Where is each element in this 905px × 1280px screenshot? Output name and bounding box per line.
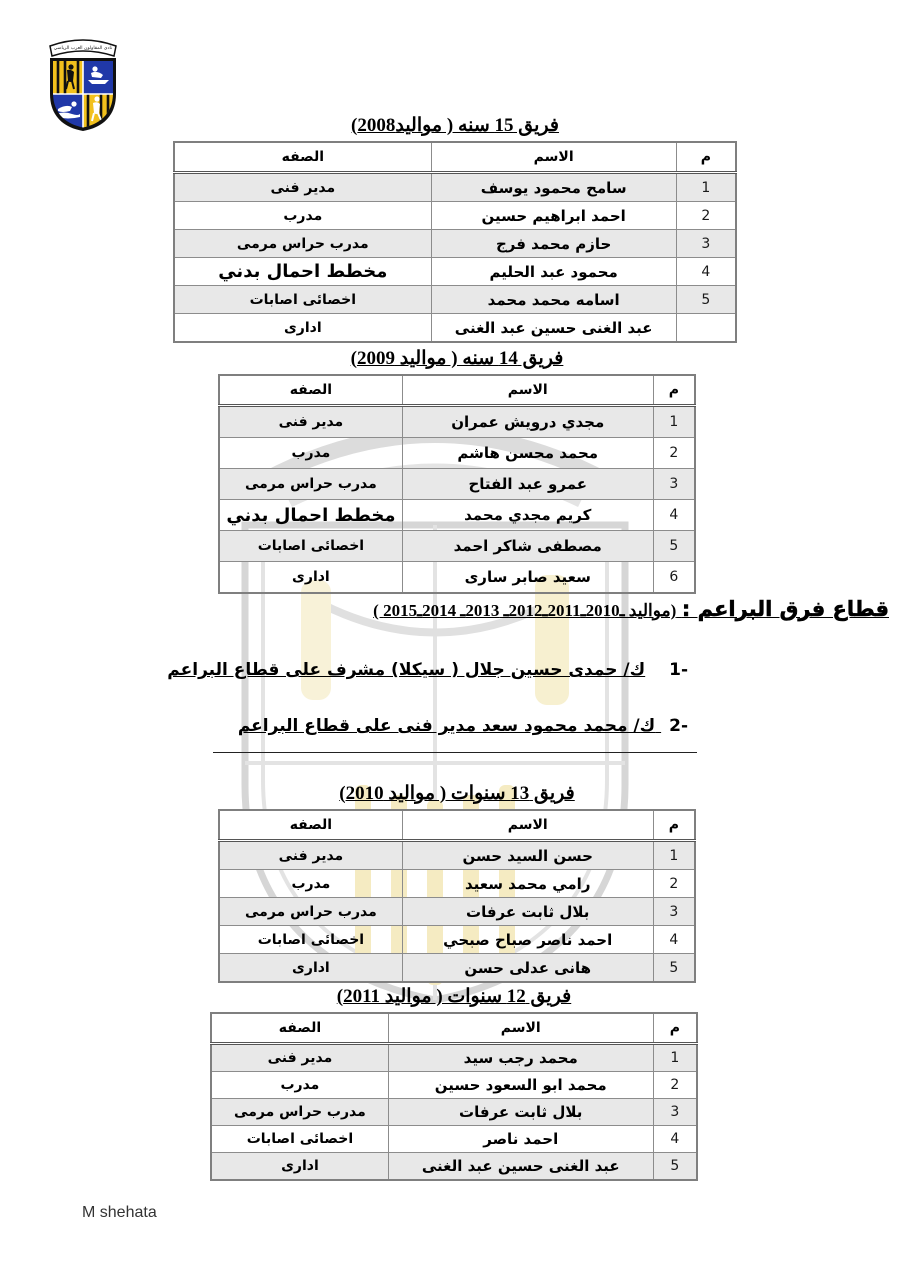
num-cell: 4	[653, 926, 695, 954]
table-row: 5هانى عدلى حسنادارى	[219, 954, 695, 983]
num-cell: 4	[676, 258, 736, 286]
table-row: 2رامي محمد سعيدمدرب	[219, 870, 695, 898]
name-cell: مصطفى شاكر احمد	[402, 531, 653, 562]
horizontal-rule	[213, 752, 697, 753]
col-header-num: م	[653, 810, 695, 841]
role-cell: ادارى	[211, 1153, 388, 1181]
num-cell: 5	[653, 954, 695, 983]
role-cell: مدير فنى	[174, 173, 431, 202]
num-cell: 3	[653, 469, 695, 500]
role-cell: مدرب	[174, 202, 431, 230]
name-cell: احمد ناصر صباح صبحي	[402, 926, 653, 954]
name-cell: عمرو عبد الفتاح	[402, 469, 653, 500]
num-cell: 2	[676, 202, 736, 230]
table-row: 2احمد ابراهيم حسينمدرب	[174, 202, 736, 230]
table-row: 4احمد ناصراخصائى اصابات	[211, 1126, 697, 1153]
num-cell: 4	[653, 500, 695, 531]
team-section-u13: فريق 13 سنوات ( مواليد 2010) م الاسم الص…	[218, 782, 696, 983]
table-row: 3بلال ثابت عرفاتمدرب حراس مرمى	[211, 1099, 697, 1126]
role-cell: مدير فنى	[219, 406, 402, 438]
num-cell	[676, 314, 736, 343]
name-cell: كريم مجدي محمد	[402, 500, 653, 531]
role-cell: اخصائى اصابات	[211, 1126, 388, 1153]
name-cell: حسن السيد حسن	[402, 841, 653, 870]
table-row: 1مجدي درويش عمرانمدير فنى	[219, 406, 695, 438]
role-cell: مدرب حراس مرمى	[219, 898, 402, 926]
section-heading-youth-sector: قطاع فرق البراعم : (مواليد ـ2010ـ2011ـ20…	[373, 597, 889, 621]
role-cell: اخصائى اصابات	[219, 926, 402, 954]
table-row: 1حسن السيد حسنمدير فنى	[219, 841, 695, 870]
name-cell: احمد ابراهيم حسين	[431, 202, 676, 230]
section-heading-years: (مواليد ـ2010ـ2011ـ2012ـ 2013ـ 2014ـ2015…	[373, 601, 676, 620]
table-row: 1محمد رجب سيدمدير فنى	[211, 1044, 697, 1072]
name-cell: اسامه محمد محمد	[431, 286, 676, 314]
role-cell: مدرب	[219, 438, 402, 469]
role-cell: مدرب	[211, 1072, 388, 1099]
section-heading-label: قطاع فرق البراعم :	[682, 597, 889, 621]
role-cell: مدرب	[219, 870, 402, 898]
table-row: 3عمرو عبد الفتاحمدرب حراس مرمى	[219, 469, 695, 500]
team-title: فريق 13 سنوات ( مواليد 2010)	[218, 782, 696, 805]
table-row: 4محمود عبد الحليممخطط احمال بدني	[174, 258, 736, 286]
col-header-num: م	[653, 1013, 697, 1044]
num-cell: 3	[653, 898, 695, 926]
col-header-name: الاسم	[402, 375, 653, 406]
num-cell: 1	[653, 406, 695, 438]
role-cell: مدير فنى	[219, 841, 402, 870]
roster-table-u14: م الاسم الصفه 1مجدي درويش عمرانمدير فنى2…	[218, 374, 696, 594]
table-row: 5اسامه محمد محمداخصائى اصابات	[174, 286, 736, 314]
supervisor-name: ك/ حمدى حسين جلال ( سيكلا) مشرف على قطاع…	[167, 660, 645, 680]
list-marker: 2-	[669, 716, 688, 736]
name-cell: رامي محمد سعيد	[402, 870, 653, 898]
num-cell: 2	[653, 438, 695, 469]
num-cell: 6	[653, 562, 695, 594]
num-cell: 5	[653, 531, 695, 562]
num-cell: 1	[676, 173, 736, 202]
col-header-role: الصفه	[174, 142, 431, 173]
team-section-u14: فريق 14 سنه ( مواليد 2009) م الاسم الصفه…	[218, 347, 696, 594]
num-cell: 5	[676, 286, 736, 314]
list-marker: 1-	[669, 660, 688, 680]
team-title: فريق 12 سنوات ( مواليد 2011)	[210, 985, 698, 1008]
team-section-u12: فريق 12 سنوات ( مواليد 2011) م الاسم الص…	[210, 985, 698, 1181]
role-cell: مدرب حراس مرمى	[174, 230, 431, 258]
header-row: م الاسم الصفه	[211, 1013, 697, 1044]
num-cell: 1	[653, 841, 695, 870]
table-row: 3حازم محمد فرجمدرب حراس مرمى	[174, 230, 736, 258]
role-cell: ادارى	[219, 562, 402, 594]
club-crest-logo: نادي المقاولون العرب الرياضي	[46, 36, 120, 134]
name-cell: سامح محمود يوسف	[431, 173, 676, 202]
name-cell: محمد ابو السعود حسين	[388, 1072, 653, 1099]
roster-table-u12: م الاسم الصفه 1محمد رجب سيدمدير فنى2محمد…	[210, 1012, 698, 1181]
role-cell: اخصائى اصابات	[219, 531, 402, 562]
col-header-name: الاسم	[402, 810, 653, 841]
col-header-role: الصفه	[211, 1013, 388, 1044]
team-title: فريق 14 سنه ( مواليد 2009)	[218, 347, 696, 370]
role-cell: مدرب حراس مرمى	[219, 469, 402, 500]
name-cell: مجدي درويش عمران	[402, 406, 653, 438]
table-row: 5عبد الغنى حسين عبد الغنىادارى	[211, 1153, 697, 1181]
num-cell: 2	[653, 870, 695, 898]
col-header-name: الاسم	[431, 142, 676, 173]
name-cell: سعيد صابر سارى	[402, 562, 653, 594]
name-cell: هانى عدلى حسن	[402, 954, 653, 983]
crest-banner-text: نادي المقاولون العرب الرياضي	[54, 46, 113, 51]
role-cell: ادارى	[219, 954, 402, 983]
table-row: 2محمد محسن هاشممدرب	[219, 438, 695, 469]
num-cell: 4	[653, 1126, 697, 1153]
col-header-num: م	[653, 375, 695, 406]
name-cell: احمد ناصر	[388, 1126, 653, 1153]
team-section-u15: فريق 15 سنه ( مواليد2008) م الاسم الصفه …	[173, 114, 737, 343]
name-cell: حازم محمد فرج	[431, 230, 676, 258]
table-row: 6سعيد صابر سارىادارى	[219, 562, 695, 594]
table-row: 5مصطفى شاكر احمداخصائى اصابات	[219, 531, 695, 562]
role-cell: مدرب حراس مرمى	[211, 1099, 388, 1126]
num-cell: 3	[676, 230, 736, 258]
name-cell: محمود عبد الحليم	[431, 258, 676, 286]
col-header-name: الاسم	[388, 1013, 653, 1044]
supervisor-name: ك/ محمد محمود سعد مدير فنى على قطاع البر…	[238, 716, 655, 736]
team-title: فريق 15 سنه ( مواليد2008)	[173, 114, 737, 137]
role-cell: مخطط احمال بدني	[219, 500, 402, 531]
table-row: عبد الغنى حسين عبد الغنىادارى	[174, 314, 736, 343]
roster-table-u13: م الاسم الصفه 1حسن السيد حسنمدير فنى2رام…	[218, 809, 696, 983]
supervisor-item-2: 2- ك/ محمد محمود سعد مدير فنى على قطاع ا…	[238, 716, 688, 736]
document-page: نادي المقاولون العرب الرياضي	[0, 0, 905, 1280]
name-cell: بلال ثابت عرفات	[402, 898, 653, 926]
role-cell: اخصائى اصابات	[174, 286, 431, 314]
header-row: م الاسم الصفه	[219, 810, 695, 841]
name-cell: عبد الغنى حسين عبد الغنى	[431, 314, 676, 343]
col-header-num: م	[676, 142, 736, 173]
header-row: م الاسم الصفه	[219, 375, 695, 406]
table-row: 4كريم مجدي محمدمخطط احمال بدني	[219, 500, 695, 531]
table-row: 2محمد ابو السعود حسينمدرب	[211, 1072, 697, 1099]
num-cell: 2	[653, 1072, 697, 1099]
num-cell: 3	[653, 1099, 697, 1126]
roster-table-u15: م الاسم الصفه 1سامح محمود يوسفمدير فنى2ا…	[173, 141, 737, 343]
table-row: 1سامح محمود يوسفمدير فنى	[174, 173, 736, 202]
role-cell: ادارى	[174, 314, 431, 343]
name-cell: محمد محسن هاشم	[402, 438, 653, 469]
name-cell: محمد رجب سيد	[388, 1044, 653, 1072]
table-row: 4احمد ناصر صباح صبحياخصائى اصابات	[219, 926, 695, 954]
col-header-role: الصفه	[219, 375, 402, 406]
name-cell: بلال ثابت عرفات	[388, 1099, 653, 1126]
role-cell: مخطط احمال بدني	[174, 258, 431, 286]
role-cell: مدير فنى	[211, 1044, 388, 1072]
supervisor-item-1: 1- ك/ حمدى حسين جلال ( سيكلا) مشرف على ق…	[167, 660, 688, 680]
table-row: 3بلال ثابت عرفاتمدرب حراس مرمى	[219, 898, 695, 926]
header-row: م الاسم الصفه	[174, 142, 736, 173]
name-cell: عبد الغنى حسين عبد الغنى	[388, 1153, 653, 1181]
footer-signature: M shehata	[82, 1204, 157, 1222]
num-cell: 5	[653, 1153, 697, 1181]
col-header-role: الصفه	[219, 810, 402, 841]
num-cell: 1	[653, 1044, 697, 1072]
